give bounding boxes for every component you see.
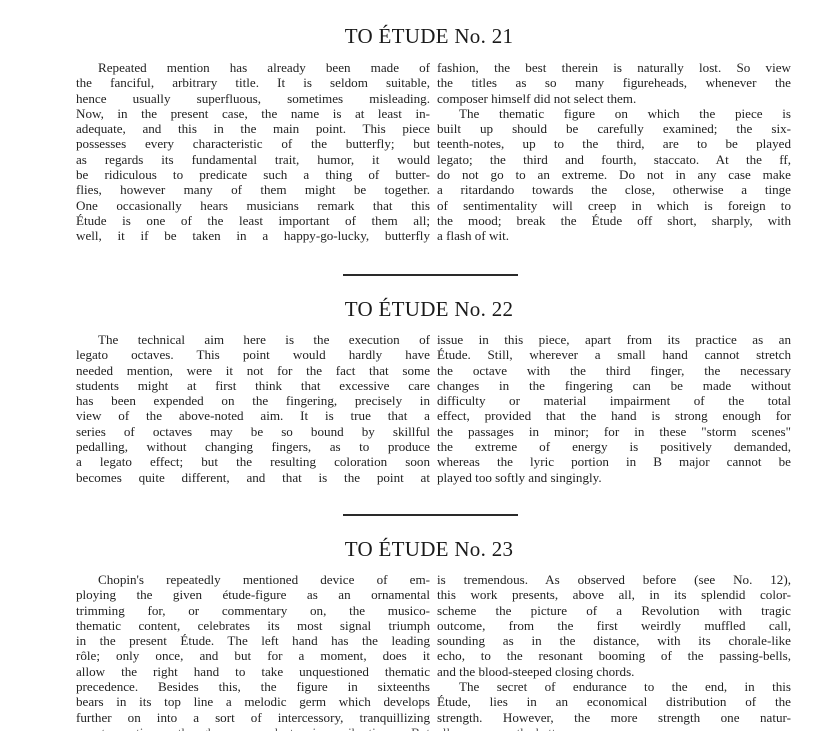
text-line: Repeated mention has already been made o… [76, 60, 430, 75]
text-line: view of the above-noted aim. It is true … [76, 408, 430, 423]
section-divider [343, 274, 518, 276]
text-line: the octave with the third finger, the ne… [437, 363, 791, 378]
text-line: do not go to an extreme. Do not in any c… [437, 167, 791, 182]
text-line: as regards its fundamental trait, humor,… [76, 152, 430, 167]
section-divider [343, 514, 518, 516]
document-page: TO ÉTUDE No. 21 Repeated mention has alr… [0, 0, 838, 735]
text-line: allow the right hand to take unquestione… [76, 664, 430, 679]
text-line: the fanciful, arbitrary title. It is sel… [76, 75, 430, 90]
text-line: played too softly and singingly. [437, 470, 791, 485]
etude-21-right-column: fashion, the best therein is naturally l… [437, 60, 791, 244]
text-line: composer himself did not select them. [437, 91, 791, 106]
text-line: further on into a sort of intercessory, … [76, 710, 430, 725]
text-line: legato; the third and fourth, staccato. … [437, 152, 791, 167]
text-line-cut: counter-motive, though now lost in vibra… [76, 725, 430, 731]
text-line: in the present Étude. The left hand has … [76, 633, 430, 648]
text-line: needed mention, were it not for the fact… [76, 363, 430, 378]
etude-22-left-column: The technical aim here is the execution … [76, 332, 430, 485]
text-line: echo, to the resonant booming of the pas… [437, 648, 791, 663]
section-title-etude-21: TO ÉTUDE No. 21 [0, 24, 838, 49]
text-line: of sentimentality will creep in which is… [437, 198, 791, 213]
text-line: a legato effect; but the resulting color… [76, 454, 430, 469]
text-line: Étude. Still, wherever a small hand cann… [437, 347, 791, 362]
text-line: One occasionally hears musicians remark … [76, 198, 430, 213]
text-line: whereas the lyric portion in B major can… [437, 454, 791, 469]
text-line-cut: ally possesses, the better. [437, 725, 791, 731]
etude-23-right-column: is tremendous. As observed before (see N… [437, 572, 791, 731]
text-line: outcome, from the first weirdly muffled … [437, 618, 791, 633]
text-line: this work presents, above all, in its sp… [437, 587, 791, 602]
etude-22-right-column: issue in this piece, apart from its prac… [437, 332, 791, 485]
text-line: students might at first think that exces… [76, 378, 430, 393]
text-line: precedence. Besides this, the figure in … [76, 679, 430, 694]
text-line: Étude is one of the least important of t… [76, 213, 430, 228]
text-line: the extreme of energy is positively dema… [437, 439, 791, 454]
text-line: adequate, and this in the main point. Th… [76, 121, 430, 136]
text-line: The technical aim here is the execution … [76, 332, 430, 347]
section-title-etude-22: TO ÉTUDE No. 22 [0, 297, 838, 322]
text-line: Now, in the present case, the name is at… [76, 106, 430, 121]
text-line: Étude, lies in an economical distributio… [437, 694, 791, 709]
text-line: the titles as so many figureheads, whene… [437, 75, 791, 90]
text-line: becomes quite different, and that is the… [76, 470, 430, 485]
text-line: rôle; only once, and but for a moment, d… [76, 648, 430, 663]
text-line: teenth-notes, up to the third, are to be… [437, 136, 791, 151]
text-line: and the blood-steeped closing chords. [437, 664, 791, 679]
text-line: flies, however many of them might be tog… [76, 182, 430, 197]
etude-21-left-column: Repeated mention has already been made o… [76, 60, 430, 244]
text-line: thematic content, celebrates its most si… [76, 618, 430, 633]
text-line: fashion, the best therein is naturally l… [437, 60, 791, 75]
text-line: The thematic figure on which the piece i… [437, 106, 791, 121]
text-line: legato octaves. This point would hardly … [76, 347, 430, 362]
text-line: bears in its top line a melodic germ whi… [76, 694, 430, 709]
text-line: The secret of endurance to the end, in t… [437, 679, 791, 694]
text-line: difficulty or material impairment of the… [437, 393, 791, 408]
text-line: trimming for, or commentary on, the musi… [76, 603, 430, 618]
text-line: series of octaves may be so bound by ski… [76, 424, 430, 439]
text-line: well, it if be taken in a happy-go-lucky… [76, 228, 430, 243]
text-line: hence usually superfluous, sometimes mis… [76, 91, 430, 106]
text-line: the passages in minor; for in these "sto… [437, 424, 791, 439]
text-line: be ridiculous to predicate such a thing … [76, 167, 430, 182]
text-line: is tremendous. As observed before (see N… [437, 572, 791, 587]
text-line: Chopin's repeatedly mentioned device of … [76, 572, 430, 587]
text-line: effect, provided that the hand is strong… [437, 408, 791, 423]
text-line: built up should be carefully examined; t… [437, 121, 791, 136]
text-line: has been expended on the fingering, prec… [76, 393, 430, 408]
text-line: pedalling, without changing fingers, as … [76, 439, 430, 454]
text-line: a ritardando towards the close, otherwis… [437, 182, 791, 197]
text-line: scheme the picture of a Revolution with … [437, 603, 791, 618]
text-line: ploying the given étude-figure as an orn… [76, 587, 430, 602]
text-line: possesses every characteristic of the bu… [76, 136, 430, 151]
text-line: a flash of wit. [437, 228, 791, 243]
text-line: issue in this piece, apart from its prac… [437, 332, 791, 347]
text-line: the mood; break the Étude off short, sha… [437, 213, 791, 228]
etude-23-left-column: Chopin's repeatedly mentioned device of … [76, 572, 430, 731]
text-line: strength. However, the more strength one… [437, 710, 791, 725]
text-line: sounding as in the distance, with its ch… [437, 633, 791, 648]
section-title-etude-23: TO ÉTUDE No. 23 [0, 537, 838, 562]
text-line: changes in the fingering can be made wit… [437, 378, 791, 393]
